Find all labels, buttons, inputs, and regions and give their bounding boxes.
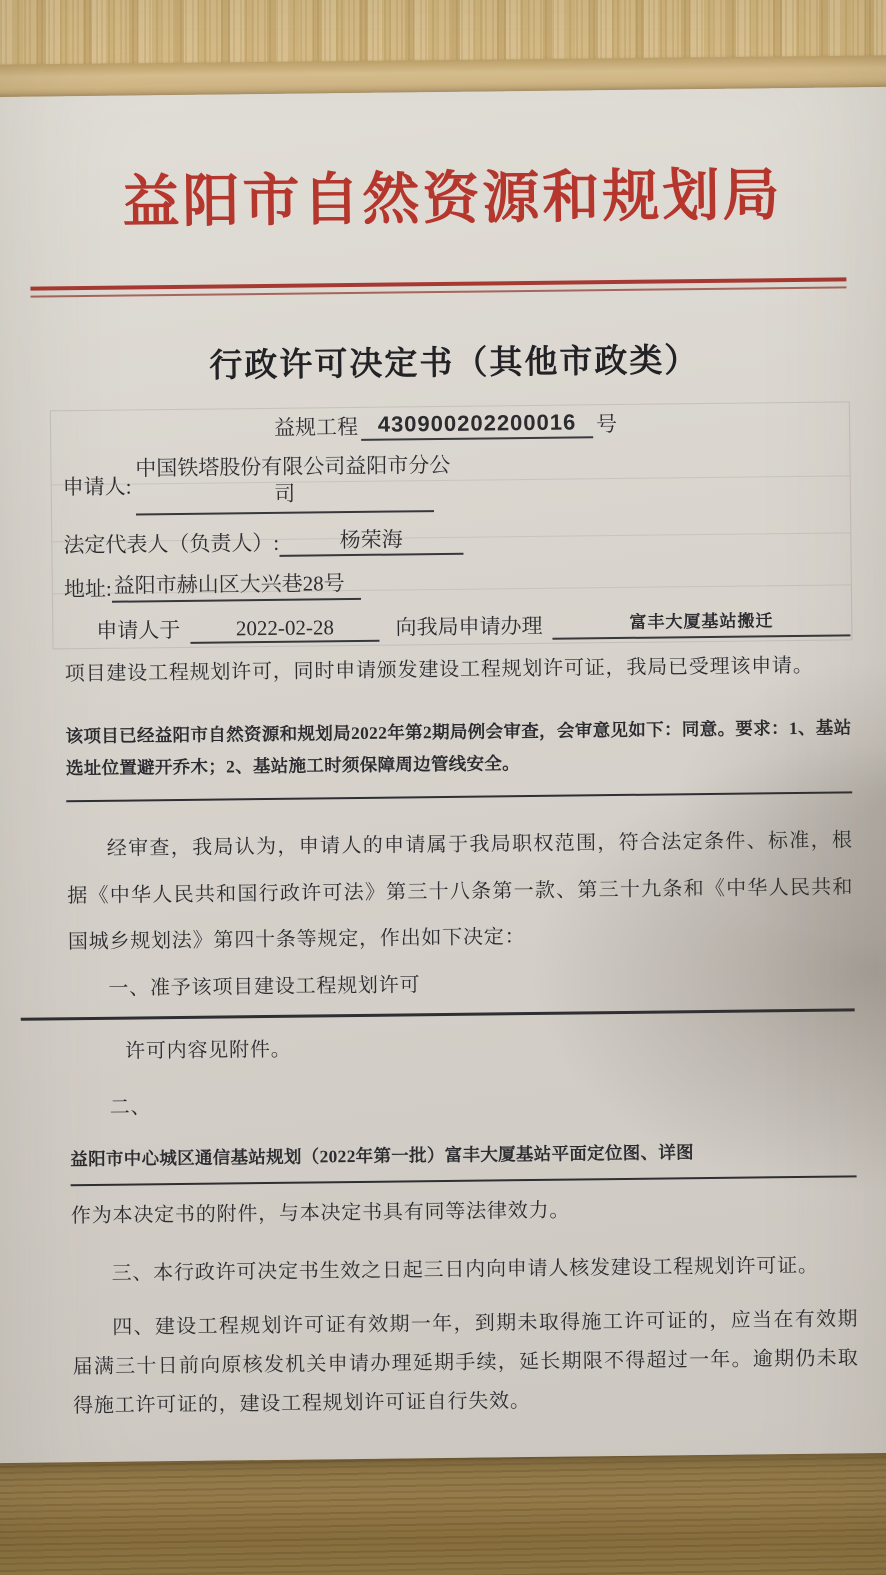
attachment-title-line: 益阳市中心城区通信基站规划（2022年第一批）富丰大厦基站平面定位图、详图: [70, 1134, 856, 1175]
apply-date-value: 2022-02-28: [190, 614, 380, 643]
docno-value: 430900202200016: [361, 409, 593, 441]
document-title: 行政许可决定书（其他市政类）: [61, 332, 847, 388]
applicant-label: 申请人:: [63, 470, 132, 501]
agency-title: 益阳市自然资源和规划局: [59, 161, 846, 236]
applicant-value-line2: 司: [136, 479, 434, 510]
review-note-paragraph: 该项目已经益阳市自然资源和规划局2022年第2期局例会审查，会审意见如下：同意。…: [65, 711, 852, 785]
legal-rep-label: 法定代表人（负责人）:: [63, 527, 279, 559]
legal-rep-row: 法定代表人（负责人）: 杨荣海: [63, 518, 849, 559]
wood-table-bottom: [0, 1453, 886, 1575]
photo-scene: 益阳市自然资源和规划局 行政许可决定书（其他市政类） 益规工程 43090020…: [0, 0, 886, 1575]
address-label: 地址:: [64, 572, 112, 603]
divider-line-1: [66, 792, 852, 803]
applicant-row: 申请人: 中国铁塔股份有限公司益阳市分公 司: [62, 447, 849, 516]
document-number-row: 益规工程 430900202200016 号: [274, 405, 848, 442]
legal-rep-value: 杨荣海: [279, 522, 463, 556]
intake-paragraph: 项目建设工程规划许可，同时申请颁发建设工程规划许可证，我局已受理该申请。: [65, 646, 851, 694]
decision-item-1: 一、准予该项目建设工程规划许可: [68, 961, 854, 1009]
address-row: 地址: 益阳市赫山区大兴巷28号: [64, 561, 850, 603]
decision-item-4: 四、建设工程规划许可证有效期一年，到期未取得施工许可证的，应当在有效期届满三十日…: [72, 1300, 859, 1426]
address-value: 益阳市赫山区大兴巷28号: [111, 567, 360, 603]
applicant-value-line1: 中国铁塔股份有限公司益阳市分公: [135, 452, 433, 483]
red-divider: [30, 278, 846, 298]
attachment-note-paragraph: 作为本决定书的附件，与本决定书具有同等法律效力。: [71, 1188, 857, 1236]
applicant-value: 中国铁塔股份有限公司益阳市分公 司: [135, 452, 434, 515]
divider-line-2: [21, 1008, 855, 1020]
decision-item-3: 三、本行政许可决定书生效之日起三日内向申请人核发建设工程规划许可证。: [71, 1246, 857, 1294]
document-paper: 益阳市自然资源和规划局 行政许可决定书（其他市政类） 益规工程 43090020…: [0, 87, 886, 1463]
document-content: 益阳市自然资源和规划局 行政许可决定书（其他市政类） 益规工程 43090020…: [0, 87, 886, 1463]
apply-action-label: 向我局申请办理: [395, 610, 542, 642]
divider-line-3: [71, 1175, 857, 1186]
apply-date-label: 申请人于: [96, 614, 180, 645]
apply-date-row: 申请人于 2022-02-28 向我局申请办理 富丰大厦基站搬迁: [64, 605, 850, 645]
decision-intro-paragraph: 经审查，我局认为，申请人的申请属于我局职权范围，符合法定条件、标准，根据《中华人…: [67, 818, 855, 966]
decision-item-2: 二、: [70, 1080, 856, 1128]
project-name-value: 富丰大厦基站搬迁: [552, 605, 850, 639]
docno-prefix: 益规工程: [274, 411, 358, 442]
decision-item-1-note: 许可内容见附件。: [69, 1024, 855, 1072]
docno-suffix: 号: [596, 408, 617, 438]
application-form: 申请人: 中国铁塔股份有限公司益阳市分公 司 法定代表人（负责人）: 杨荣海 地…: [62, 447, 850, 644]
